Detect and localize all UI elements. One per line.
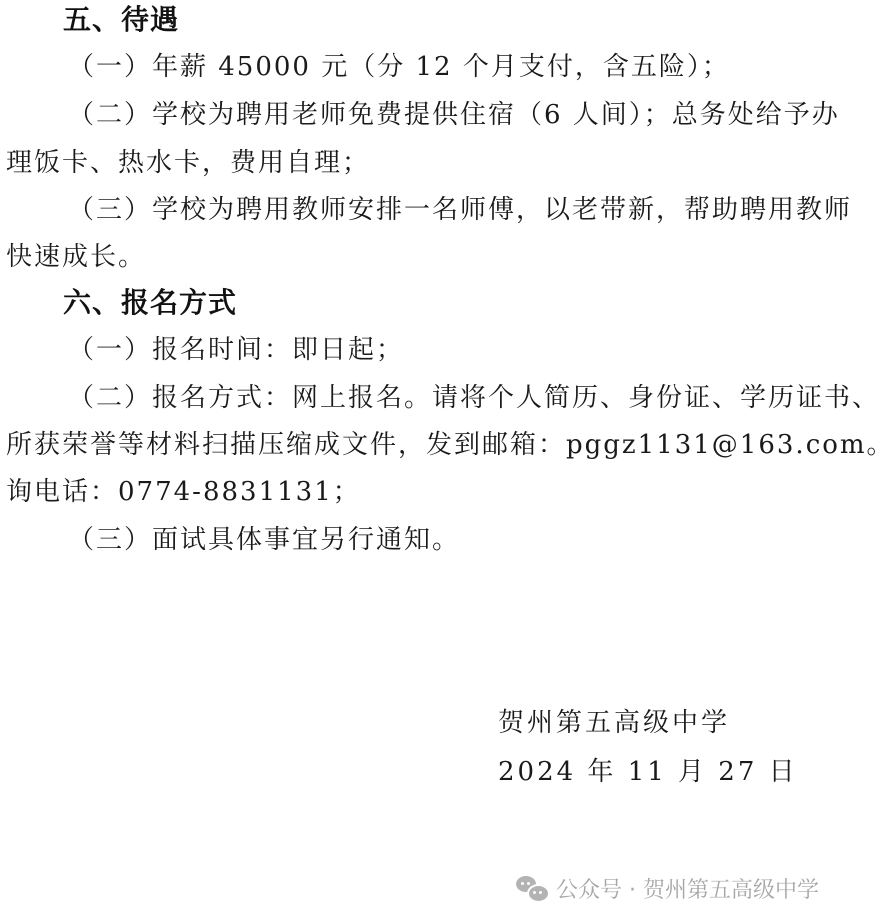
footer-account-label: 公众号 · 贺州第五高级中学: [556, 873, 819, 904]
paragraph-line: （一）报名时间：即日起；: [68, 333, 404, 367]
signature-date: 2024 年 11 月 27 日: [498, 755, 798, 789]
signature-organization: 贺州第五高级中学: [498, 706, 730, 740]
section-heading-registration: 六、报名方式: [63, 286, 237, 320]
paragraph-line: 理饭卡、热水卡，费用自理；: [6, 146, 370, 180]
paragraph-line-email: 所获荣誉等材料扫描压缩成文件，发到邮箱：pggz1131@163.com。咨: [6, 428, 881, 462]
paragraph-line: （二）学校为聘用老师免费提供住宿（6 人间）；总务处给予办: [68, 98, 840, 132]
wechat-icon: [516, 874, 548, 902]
paragraph-line: （三）学校为聘用教师安排一名师傅，以老带新，帮助聘用教师: [68, 193, 852, 227]
paragraph-line: 快速成长。: [6, 240, 146, 274]
wechat-account-footer[interactable]: 公众号 · 贺州第五高级中学: [516, 872, 819, 904]
paragraph-line-phone: 询电话：0774-8831131；: [6, 475, 361, 509]
paragraph-line: （二）报名方式：网上报名。请将个人简历、身份证、学历证书、: [68, 381, 880, 415]
paragraph-line: （一）年薪 45000 元（分 12 个月支付，含五险）；: [68, 50, 730, 84]
section-heading-treatment: 五、待遇: [63, 3, 179, 37]
paragraph-line: （三）面试具体事宜另行通知。: [68, 523, 460, 557]
